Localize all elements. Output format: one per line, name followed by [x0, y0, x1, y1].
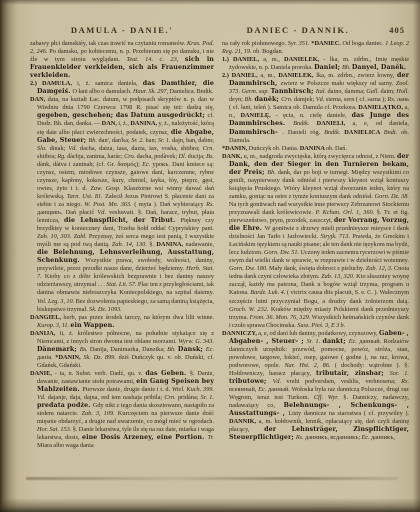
page-right-edge-shade	[413, 0, 420, 512]
entry-text: vrehi podvershen, veshlis, verhnosena;	[287, 378, 402, 385]
entry-daniec-continuation: na cały rok piołunowego. Syr. 351. *DANI…	[222, 40, 409, 56]
entry-text: damjek;	[294, 96, 316, 103]
entry-text: данія.	[37, 354, 55, 361]
entry-text: Syr. 351.	[288, 40, 312, 47]
entry-text: i, ż. samica daniela,	[77, 80, 143, 87]
entry-text: Ec.	[258, 386, 268, 393]
entry-text: ob. Bogdan.	[253, 48, 283, 55]
entry-headword: DANNIK,	[229, 418, 259, 425]
entry-text: nadawanie,	[186, 241, 215, 248]
entry-text: Rs.	[401, 378, 409, 385]
entry-text: Zaw. Gosp.	[90, 185, 123, 192]
entry-text: a, m.,	[260, 72, 278, 79]
entry-text: Rg.	[57, 153, 67, 160]
entry-text: Duńczyk ob. Dania.	[249, 145, 300, 152]
entry-headword: DANIE,	[30, 370, 55, 377]
entry-text: Sr. 1.	[201, 394, 214, 401]
entry-text: Vd.	[68, 145, 80, 152]
entry-text: Crn.	[281, 96, 294, 103]
entry-text: . Danieli róg.	[282, 129, 324, 136]
entry-text: данникъ, всданникъ;	[305, 434, 361, 441]
entry-damska-continuation: zabawy płci damskiéy, iak czas trawić na…	[30, 40, 214, 80]
entry-text: Daniel;	[314, 64, 342, 71]
entry-text: zwierz w Polszcze mało większy od sarny.	[281, 80, 396, 87]
entry-text: Gorn. Dw. 51.	[264, 249, 300, 256]
entry-text: dajn, ban, dabm;	[172, 137, 214, 144]
entry-text: dàchja, zanima, haràc;	[67, 153, 124, 160]
text-column-right: na cały rok piołunowego. Syr. 351. *DANI…	[222, 40, 409, 470]
entry-text: lka, m. zdrbn., zwierz łowny,	[316, 72, 397, 79]
entry-text: Dänemark;	[37, 346, 80, 353]
entry-text: Dl.	[179, 153, 188, 160]
entry-text: a, e, od daniela,	[352, 120, 409, 127]
entry-text: a, e, od dani lub daniny, podatkowy, czy…	[258, 330, 379, 337]
entry-text: данникъ,	[371, 434, 395, 441]
book-gutter-shadow	[0, 0, 18, 512]
entry-text: Bh.	[88, 137, 98, 144]
entry-text: Ec.	[142, 161, 152, 168]
entry-text: - ia, n. Subst. verb. Dadź, qu. v.	[55, 370, 146, 377]
running-header-left: DAMULA - DANIE.'	[30, 25, 214, 37]
entry-text: shtibra;	[37, 153, 57, 160]
entry-text: Sk. Dz. 1093.	[89, 306, 122, 313]
entry-text: Crn.	[164, 394, 178, 401]
entry-text: Zab. 14, 130.	[112, 241, 149, 248]
entry-text: Pierwsze danie, drugie danie i t. d.	[82, 386, 172, 393]
entry-text: eine Dosis Arzeney, eine Portion.	[82, 434, 208, 441]
entry-text: Susz. Pieś. 3, E 3 b.	[297, 322, 345, 329]
entry-text: Mały dank, święta dobroci z pieluchy.	[269, 265, 366, 272]
entry-headword: 1.) DANIEL,	[222, 56, 263, 63]
entry-text: P. Kchan. Orl. 1, 360.	[315, 209, 376, 216]
entry-headword: DANINA,	[156, 241, 185, 248]
entry-text: Groch. W. 232.	[229, 306, 271, 313]
entry-text: Rs.	[387, 96, 396, 103]
entry-text: tributair, zinsbar;	[316, 370, 390, 377]
entry-dank: DANK, u, m., nadgroda zwycięska, którą z…	[222, 153, 409, 330]
entry-text: data, na kształt Łac. datum, w podpisach…	[37, 96, 214, 111]
entry-text: Ec.	[206, 346, 214, 353]
entry-text: ducija;	[188, 153, 206, 160]
entry-text: Bndtk.	[293, 120, 317, 127]
entry-text: From. 36. Mon. 76, 329.	[249, 314, 311, 321]
entry-text: ( myta ). Dań wybieraiący	[134, 201, 206, 208]
entry-headword: *DANIEC.	[311, 40, 342, 47]
entry-text: Sla.	[37, 145, 50, 152]
entry-text: Miara albo waga dania	[37, 442, 94, 449]
entry-text: Od boga daniec.	[342, 40, 385, 47]
entry-text: Zab. 3, 109.	[81, 410, 117, 417]
entry-headword: DANIELĄTKO,	[358, 104, 404, 111]
entry-headword: DANIELICA	[344, 129, 384, 136]
entry-text: W. Post. Mn. 363.	[84, 201, 134, 208]
entry-text: Sr. 1.	[307, 338, 323, 345]
entry-headword: DANIELEK,	[284, 56, 323, 63]
text-column-left: zabawy płci damskiéy, iak czas trawić na…	[30, 40, 214, 470]
entry-text: Danija, Danimarka, Danzika;	[90, 346, 167, 353]
entry-text: Zab. 10, 303. Zabł.	[37, 233, 89, 240]
entry-headword: *DANIN,	[222, 145, 249, 152]
entry-text: Ec.	[361, 434, 371, 441]
entry-text: dan', dan'ka;	[99, 137, 132, 144]
entry-text: dankt;	[322, 338, 348, 345]
entry-text: Teat. 14. c. 23,	[126, 56, 184, 63]
entry-danniczy: DANNICZY, a, e, od dani lub daniny, poda…	[222, 330, 409, 443]
entry-headword: DANIJA,	[30, 330, 60, 337]
entry-text: das Geben.	[145, 370, 190, 377]
entry-text: Listy dannicze na starostwa ( cf. przywi…	[288, 410, 409, 417]
entry-text: predata podże.	[37, 402, 93, 409]
entry-text: i, ż.,	[118, 120, 130, 127]
entry-text: Bh.	[342, 64, 352, 71]
page-number: 405	[389, 25, 405, 35]
entry-text: die Lehnspflicht, der Tribut.	[64, 217, 180, 224]
entry-text: na cały rok piołunowego.	[222, 40, 288, 47]
entry-text: dajanje, daja, dajna, red iem nashaja pr…	[48, 394, 165, 401]
entry-text: Gorn. Dz. 38.	[375, 193, 409, 200]
entry-text: Vol. Leg. 3, 10.	[37, 298, 76, 305]
entry-dan: DAN, data, na kształt Łac. datum, w podp…	[30, 96, 214, 313]
entry-headword: DANNICZY,	[222, 330, 258, 337]
entry-text: O łani albo o damulach.	[73, 88, 133, 95]
entry-headword: DAN,	[30, 96, 48, 103]
entry-text: ban;	[146, 137, 158, 144]
entry-headword: DANINA	[300, 145, 326, 152]
entry-text: Zab. 12, 3.	[366, 265, 394, 272]
entry-text: Ital.	[316, 88, 328, 95]
entry-damula: 2.) DAMULA, i, ż. samica daniela, das Da…	[30, 80, 214, 96]
page-bottom-edge-shade	[0, 498, 420, 512]
entry-text: dinak;	[50, 145, 69, 152]
entry-text: pridána;	[178, 394, 201, 401]
entry-text: Bndt.	[384, 129, 401, 136]
entry-text: данщикъ. Dań płacić	[37, 209, 97, 216]
entry-text: Vd.	[97, 209, 109, 216]
entry-text: Crn.	[203, 145, 214, 152]
entry-text: tributowe;	[229, 378, 273, 385]
entry-text: a, m.,	[263, 56, 284, 63]
entry-headword: DANIELEK,	[278, 72, 316, 79]
entry-text: u, m., nadgroda zwycięska, którą zwycięz…	[244, 153, 397, 160]
entry-text: Bndtk.	[324, 129, 344, 136]
entry-danie: DANIE, - ia, n. Subst. verb. Dadź, qu. v…	[30, 370, 214, 450]
entry-text: deyn;	[229, 96, 244, 103]
entry-text: Rs.	[296, 434, 305, 441]
entry-text: dacha, podàvek;	[137, 153, 179, 160]
entry-text: Stat. Lit. 57.	[106, 281, 138, 288]
entry-text: Cro.	[124, 153, 136, 160]
entry-headword: DANIELĘ,	[240, 112, 275, 119]
entry-text: Stryjk. 713.	[320, 233, 352, 240]
entry-headword: DANINA,	[130, 120, 158, 127]
entry-text: Bh.	[244, 96, 254, 103]
entry-text: Kurop. 3, 11.	[37, 322, 70, 329]
entry-headword: 2.) DAMULA,	[30, 80, 77, 87]
entry-text: Haur. Sk. 297,	[133, 88, 170, 95]
entry-text: daněk;	[255, 96, 282, 103]
entry-text: Zab. 13, 320.	[321, 273, 356, 280]
entry-text: dacha, daiza, tasa, dazia, tax, vosha, s…	[80, 145, 203, 152]
entry-text: Wyrw. G. 343.	[178, 338, 214, 345]
running-header-right: DANIEC - DANNIK.	[222, 25, 374, 37]
entry-text: всеянный,	[229, 386, 258, 393]
entry-text: Sr. 1.	[158, 137, 172, 144]
entry-text: Danielica. Bndtk.	[169, 88, 213, 95]
entry-text: Bs.	[80, 346, 90, 353]
entry-text: sierna, sern ( cf. sarna );	[326, 96, 388, 103]
entry-text: Dansk;	[178, 346, 206, 353]
entry-text: Nar. Hst. 2, 86.	[284, 362, 334, 369]
page-top-edge-shade	[0, 0, 420, 5]
entry-headword: DAN,	[102, 120, 119, 127]
entry-text: ob. Dań.	[326, 145, 347, 152]
entry-text: Sor. 1.	[390, 370, 409, 377]
entry-text: Tannhirsch;	[271, 88, 316, 95]
entry-headword: 2.) DANIEL,	[222, 72, 260, 79]
entry-text: Hor. Sat. 153.	[37, 426, 73, 433]
entry-headword: DANIELI,	[317, 120, 353, 127]
entry-text: Bh.	[167, 346, 178, 353]
entry-text: Dammhirsch-	[229, 129, 282, 136]
entry-dangiel: DANGIEL, herb, pas przez środek tarczy, …	[30, 314, 214, 330]
entry-text: dànk, dàtva i zaninah; (cf. Gr. δασμός);	[37, 161, 142, 168]
scan-artifact-streak	[26, 477, 398, 480]
entry-danin: *DANIN, Duńczyk ob. Dania. DANINA ob. Da…	[222, 145, 409, 153]
entry-danija: DANIJA, ii, ż. królestwo północne, na po…	[30, 330, 214, 370]
entry-text: Bardz. Luk. 4.	[250, 289, 287, 296]
scanned-dictionary-page: DAMULA - DANIE.' DANIEC - DANNIK. 405 za…	[0, 0, 420, 512]
entry-text: Bh.	[267, 169, 278, 176]
entry-text: Cff. Wyr.	[314, 394, 343, 401]
entry-text: Sk. Dz. 899.	[83, 354, 118, 361]
entry-headword: DANGIEL,	[30, 314, 63, 321]
entry-text: - ęcia, n. cielę daniele,	[276, 112, 352, 119]
entry-text: Tarn. Ust. 81.	[67, 193, 105, 200]
entry-text: Gorn. Dw. 180.	[229, 265, 269, 272]
entry-text: Vd.	[273, 378, 287, 385]
entry-headword: *DANIN,	[55, 354, 83, 361]
entry-text: ein Wappen.	[70, 322, 114, 329]
entry-text: Ec.	[349, 338, 360, 345]
entry-text: Danyel, Daněk.	[352, 64, 406, 71]
entry-text: Holl.	[396, 88, 409, 95]
entry-text: gegeben, geschehen; das Datum ausgedrück…	[37, 112, 208, 119]
entry-text: Vd.	[316, 96, 326, 103]
entry-text: Tr.	[208, 434, 214, 441]
entry-text: daino, damma;	[328, 88, 367, 95]
entry-text: Rs.	[206, 201, 214, 208]
entry-text: Bs.	[206, 153, 214, 160]
entry-text: zabawy płci damskiéy, iak czas trawić na…	[30, 40, 187, 47]
entry-text: Gall.	[366, 88, 380, 95]
entry-text: Sr. 2.	[131, 137, 145, 144]
entry-daniel-2: 2.) DANIEL, a, m., DANIELEK, lka, m. zdr…	[222, 72, 409, 144]
entry-headword: DANK,	[222, 153, 244, 160]
entry-daniel-1: 1.) DANIEL, a, m., DANIELEK, - lka, m. z…	[222, 56, 409, 72]
entry-text: daim;	[380, 88, 396, 95]
entry-text: herb, pas przez środek tarczy, na którym…	[63, 314, 214, 321]
